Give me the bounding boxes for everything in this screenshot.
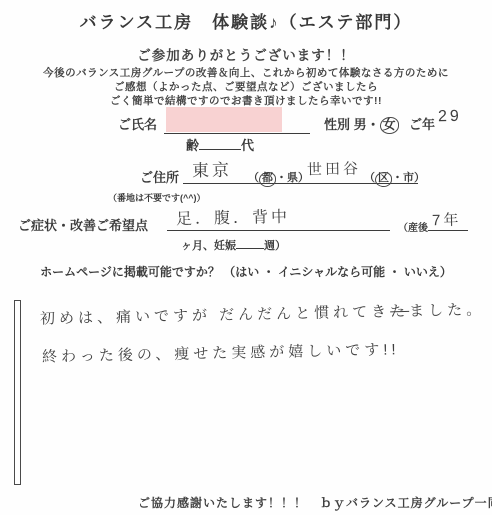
age-row2: 齢代	[186, 135, 254, 154]
gender-option-male: 男	[354, 117, 367, 132]
intro-heading: ご参加ありがとうございます！！	[0, 44, 492, 64]
age-unit: 代	[241, 138, 254, 153]
pregnancy-label-post: 週）	[264, 240, 286, 252]
postpartum-label: （産後	[398, 219, 428, 234]
publish-question-row: ホームページに掲載可能ですか？ （はい ・ イニシャルなら可能 ・ いいえ）	[0, 263, 492, 280]
pref-option-to-circled: 都	[259, 172, 276, 187]
address-city-handwritten: 世田谷	[307, 157, 361, 179]
age-blank	[199, 136, 241, 150]
name-redaction-box	[166, 107, 282, 132]
testimonial-line1-pre: 初めは、痛いですが だんだんと慣れてき	[40, 303, 390, 327]
testimonial-line1-struck: た	[390, 303, 409, 320]
testimonial-line-1: 初めは、痛いですが だんだんと慣れてきたました。	[40, 298, 486, 328]
postpartum-value-handwritten: 7年	[432, 209, 462, 231]
intro-line-1: 今後のバランス工房グループの改善＆向上、これから初めて体験なさる方のために	[0, 66, 492, 80]
intro-block: ご参加ありがとうございます！！ 今後のバランス工房グループの改善＆向上、これから…	[0, 44, 492, 108]
pref-option-ken: 県	[287, 172, 298, 184]
address-prefecture-handwritten: 東京	[192, 156, 233, 182]
gender-separator: ・	[367, 117, 380, 132]
age-value-handwritten: 29	[438, 108, 462, 126]
pref-separator: ・	[276, 172, 287, 184]
pref-paren-open: （	[248, 172, 259, 184]
prefecture-options: （都・県）	[248, 169, 309, 187]
intro-line-2: ご感想（よかった点、ご要望点など）ございましたら	[0, 80, 492, 94]
symptoms-value-handwritten: 足．腹．背中	[176, 204, 290, 229]
publish-options: （はい ・ イニシャルなら可能 ・ いいえ）	[223, 265, 452, 279]
testimonial-line-2: 終わった後の、痩せた実感が嬉しいです!!	[42, 338, 400, 366]
gender-label: 性別	[324, 117, 350, 132]
city-separator: ・	[392, 172, 403, 184]
name-label: ご氏名	[118, 114, 157, 133]
city-paren-close: ）	[414, 172, 425, 184]
publish-question: ホームページに掲載可能ですか？	[40, 265, 220, 279]
pregnancy-row: ヶ月、妊娠週）	[181, 237, 286, 253]
intro-line-3: ごく簡単で結構ですのでお書き頂けましたら幸いです!!	[0, 94, 492, 108]
gender-group: 性別 男・女	[324, 114, 399, 134]
address-label: ご住所	[140, 167, 179, 186]
testimonial-line1-post: ました。	[409, 301, 485, 320]
age-label-line2: 齢	[186, 138, 199, 153]
pregnancy-label-pre: ヶ月、妊娠	[181, 240, 236, 252]
form-title: バランス工房 体験談♪（エステ部門）	[0, 8, 492, 33]
city-paren-open: （	[364, 172, 375, 184]
city-options: （区・市）	[364, 169, 425, 187]
symptoms-label: ご症状・改善ご希望点	[18, 215, 148, 234]
city-option-shi: 市	[403, 172, 414, 184]
pregnancy-blank	[236, 237, 264, 249]
scanned-survey-form: バランス工房 体験談♪（エステ部門） ご参加ありがとうございます！！ 今後のバラ…	[0, 0, 492, 515]
name-field	[164, 107, 310, 134]
city-option-ku-circled: 区	[375, 172, 392, 187]
quote-bar	[14, 300, 21, 485]
address-note: （番地は不要です(^^)）	[108, 191, 206, 204]
gender-option-female-circled: 女	[380, 117, 399, 134]
footer-thanks: ご協力感謝いたします！！！ ｂｙバランス工房グループ一同	[138, 494, 492, 511]
age-label-line1: ご年	[409, 114, 435, 133]
